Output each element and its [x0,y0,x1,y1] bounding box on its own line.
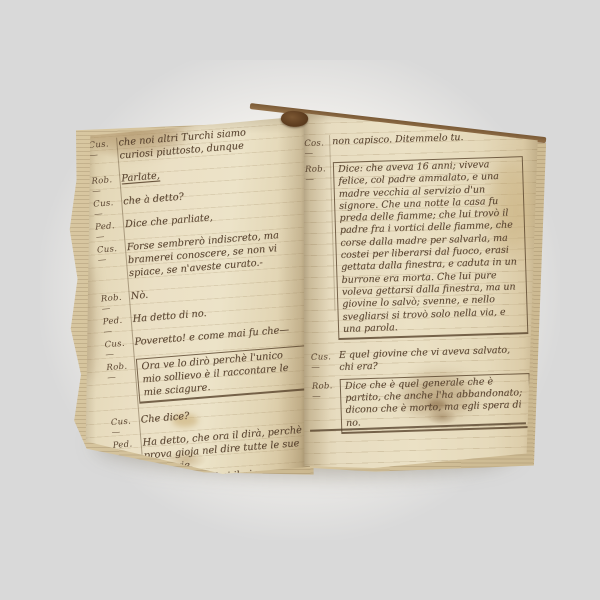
speaker-label: Pad.— [118,504,146,528]
dialogue-entry: Cos.— Giacchè siete tanto buono io vi as… [119,512,324,554]
speaker-label: Cus.— [97,242,126,283]
photo-of-open-manuscript: { "colors": { "background": "#d9d9d9", "… [0,0,600,600]
speaker-label: Cus.— [104,336,132,360]
dialogue-entry: Cus.— E quel giovine che vi aveva salvat… [311,344,530,375]
speaker-label: Rob.— [312,379,338,435]
left-page: Cus.— che noi altri Turchi siamo curiosi… [80,112,310,474]
right-page: Cos.— non capisco. Ditemmelo tu. Rob.— D… [300,104,545,468]
speaker-label: Ped.— [102,313,130,337]
dialogue-text: Dice: che aveva 16 anni; viveva felice, … [333,156,529,340]
speaker-label: Rob.— [91,173,119,197]
dialogue-entry: Pad.— È tanto tempo che è fra noi. [118,489,323,527]
speaker-label: Cust.— [115,477,143,505]
right-page-dialogue: Cos.— non capisco. Ditemmelo tu. Rob.— D… [304,129,531,439]
speaker-label: Cos.— [304,136,329,159]
speaker-label: Rob.— [106,359,136,406]
speaker-label: Cos.— [119,527,147,555]
dialogue-text: È tanto tempo che è fra noi. [147,491,308,526]
dialogue-text: Giacchè siete tanto buono io vi ascolto;… [149,513,311,552]
speaker-label: Cus.— [88,137,116,165]
dialogue-text: E quel giovine che vi aveva salvato, chi… [339,344,524,374]
speaker-label: Rob.— [100,290,128,314]
left-page-dialogue: Cus.— che noi altri Turchi siamo curiosi… [88,122,325,555]
speaker-label: Cus.— [93,196,121,220]
speaker-label: Rob.— [305,162,335,341]
speaker-label: Cus.— [110,414,138,438]
speaker-label: Ped.— [95,219,123,243]
speaker-label: Cus.— [311,350,336,375]
dialogue-entry: Rob.— Dice: che aveva 16 anni; viveva fe… [305,156,528,341]
